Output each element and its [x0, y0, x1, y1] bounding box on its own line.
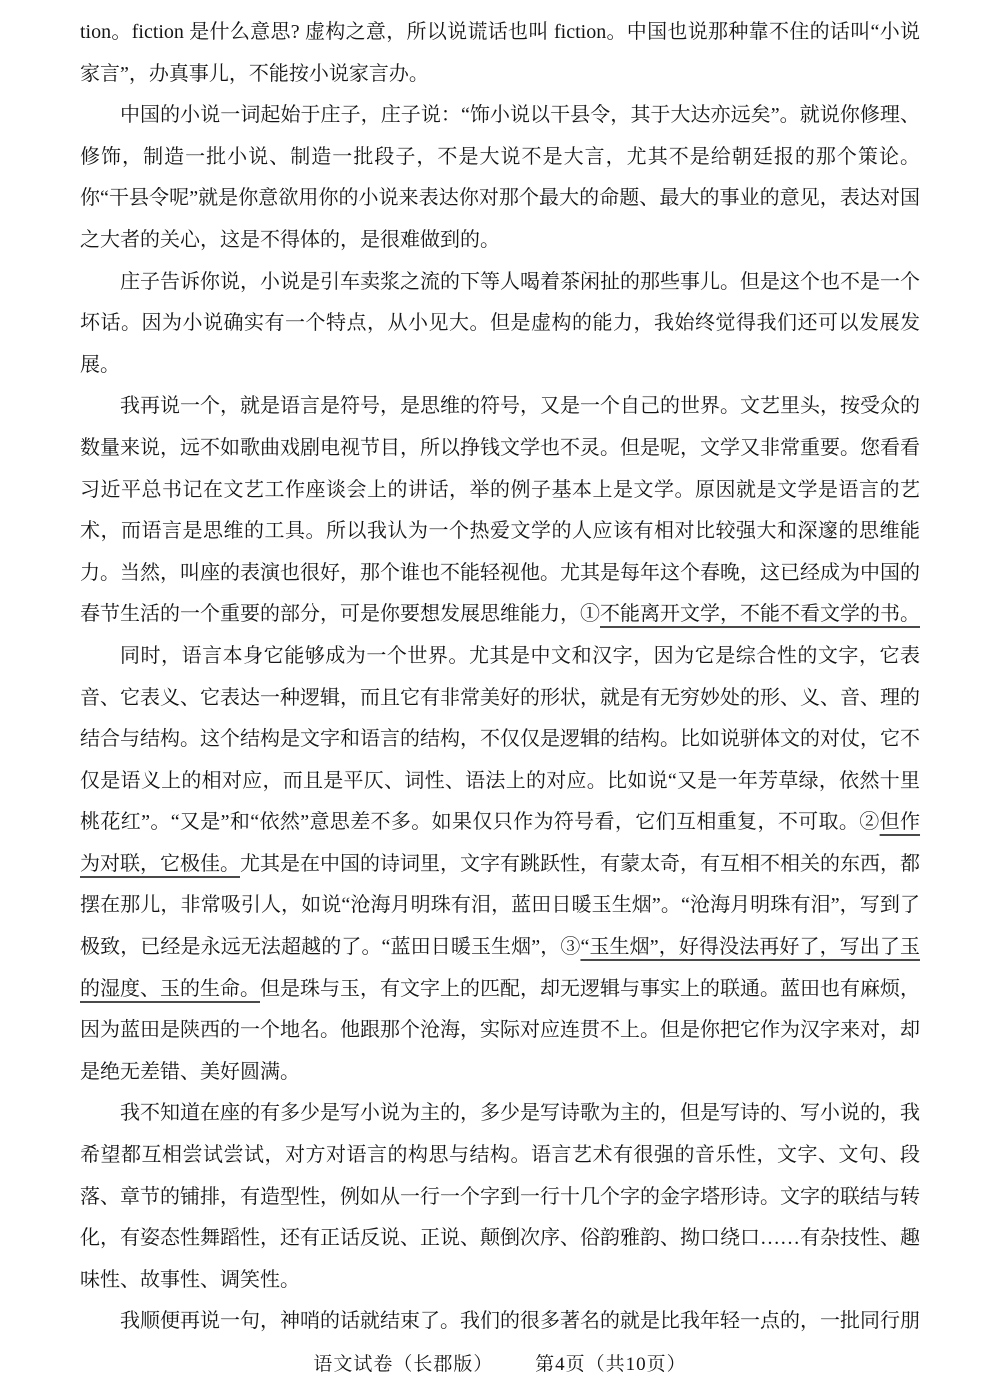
document-body: tion。fiction 是什么意思? 虚构之意，所以说谎话也叫 fiction… — [80, 12, 920, 1343]
paragraph: tion。fiction 是什么意思? 虚构之意，所以说谎话也叫 fiction… — [80, 12, 920, 95]
paragraph: 我不知道在座的有多少是写小说为主的，多少是写诗歌为主的，但是写诗的、写小说的，我… — [80, 1093, 920, 1301]
document-page: tion。fiction 是什么意思? 虚构之意，所以说谎话也叫 fiction… — [0, 0, 1000, 1392]
paragraph: 我顺便再说一句，神哨的话就结束了。我们的很多著名的就是比我年轻一点的，一批同行朋 — [80, 1301, 920, 1343]
underlined-segment: 不能离开文学，不能不看文学的书。 — [600, 603, 920, 625]
text-segment: 同时，语言本身它能够成为一个世界。尤其是中文和汉字，因为它是综合性的文字，它表音… — [80, 645, 920, 833]
text-segment: 庄子告诉你说，小说是引车卖浆之流的下等人喝着茶闲扯的那些事儿。但是这个也不是一个… — [80, 271, 920, 376]
text-segment: 我再说一个，就是语言是符号，是思维的符号，又是一个自己的世界。文艺里头，按受众的… — [80, 395, 920, 625]
paragraph: 同时，语言本身它能够成为一个世界。尤其是中文和汉字，因为它是综合性的文字，它表音… — [80, 636, 920, 1094]
paragraph: 我再说一个，就是语言是符号，是思维的符号，又是一个自己的世界。文艺里头，按受众的… — [80, 386, 920, 636]
page-footer: 语文试卷（长郡版）第4页（共10页） — [0, 1349, 1000, 1376]
text-segment: 我顺便再说一句，神哨的话就结束了。我们的很多著名的就是比我年轻一点的，一批同行朋 — [120, 1310, 920, 1332]
footer-doc-title: 语文试卷（长郡版） — [313, 1354, 493, 1375]
paragraph: 中国的小说一词起始于庄子，庄子说：“饰小说以干县令，其于大达亦远矣”。就说你修理… — [80, 95, 920, 261]
paragraph: 庄子告诉你说，小说是引车卖浆之流的下等人喝着茶闲扯的那些事儿。但是这个也不是一个… — [80, 262, 920, 387]
text-segment: 中国的小说一词起始于庄子，庄子说：“饰小说以干县令，其于大达亦远矣”。就说你修理… — [80, 104, 920, 251]
text-segment: tion。fiction 是什么意思? 虚构之意，所以说谎话也叫 fiction… — [80, 21, 920, 85]
footer-page-number: 第4页（共10页） — [535, 1354, 687, 1375]
text-segment: 我不知道在座的有多少是写小说为主的，多少是写诗歌为主的，但是写诗的、写小说的，我… — [80, 1102, 920, 1290]
